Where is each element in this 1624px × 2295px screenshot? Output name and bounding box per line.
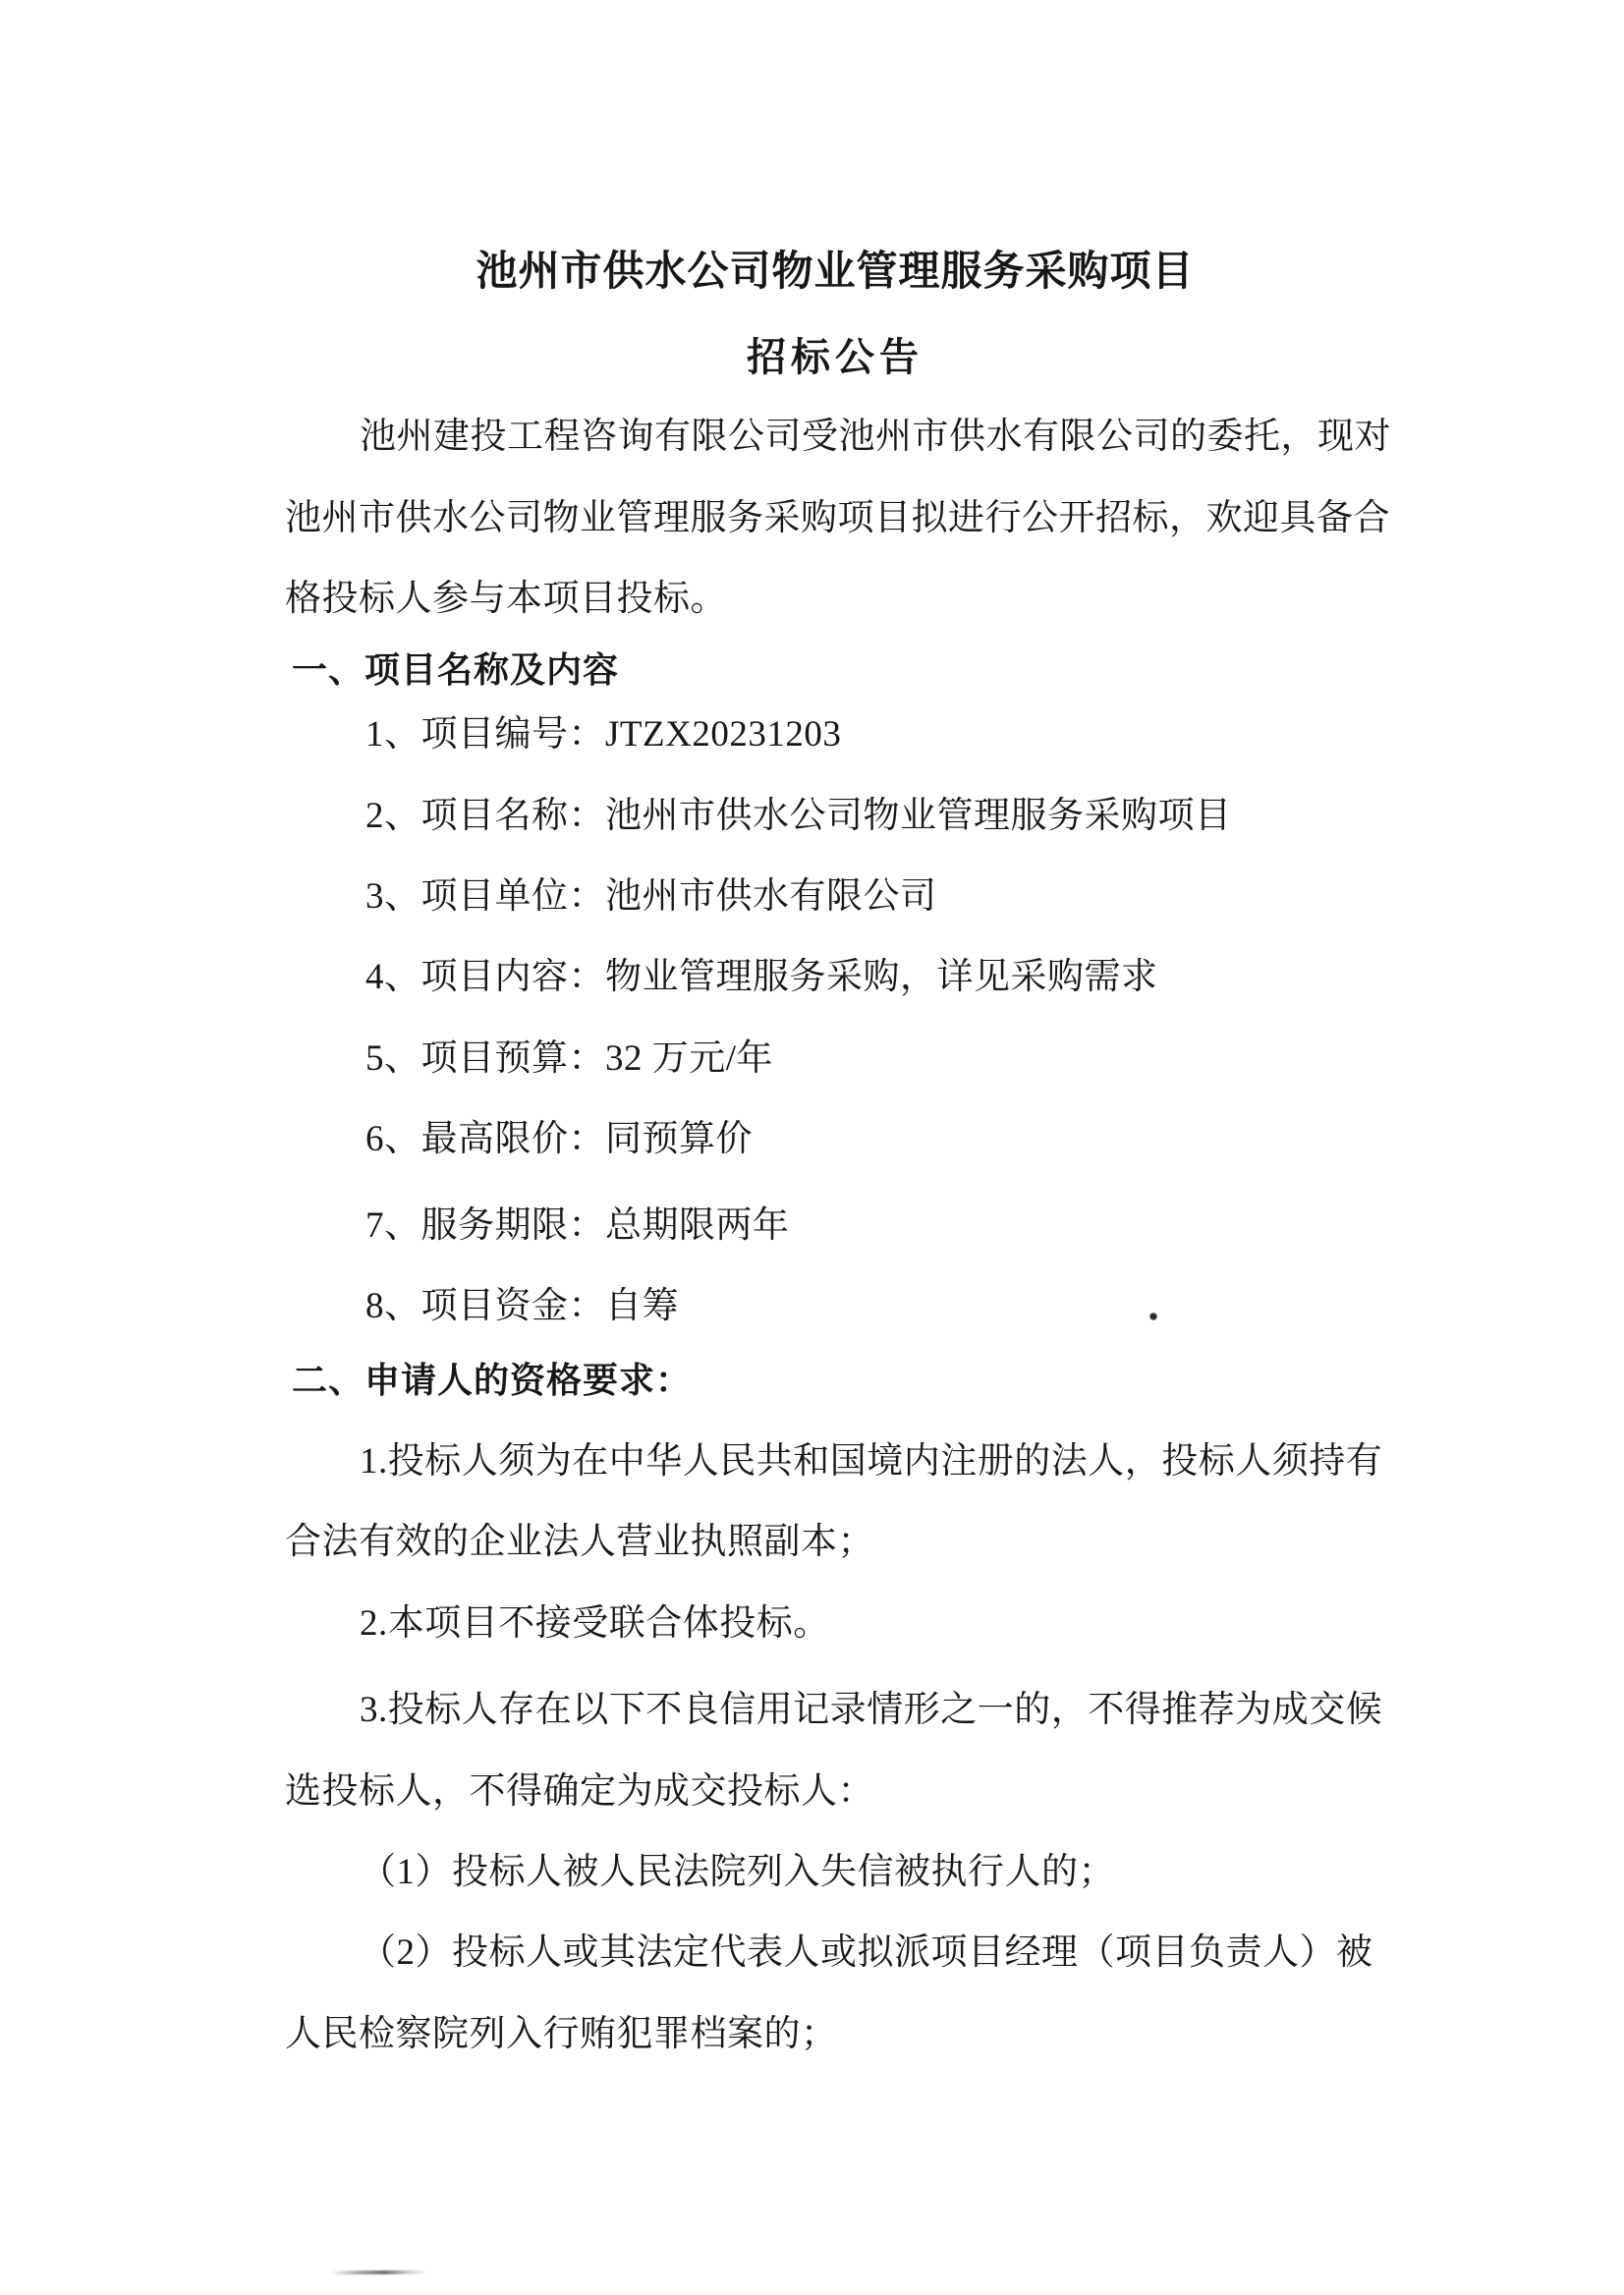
clause-1-line-1: 1.投标人须为在中华人民共和国境内注册的法人，投标人须持有 (360, 1441, 1382, 1482)
intro-line-1: 池州建投工程咨询有限公司受池州市供水有限公司的委托，现对 (360, 417, 1391, 457)
clause-2: 2.本项目不接受联合体投标。 (360, 1603, 830, 1644)
item-project-name: 2、项目名称：池州市供水公司物业管理服务采购项目 (365, 796, 1232, 836)
item-max-price: 6、最高限价：同预算价 (365, 1119, 753, 1159)
clause-3-line-2: 选投标人，不得确定为成交投标人： (285, 1771, 874, 1812)
item-project-unit-value: 池州市供水有限公司 (605, 876, 937, 917)
clause-3-sub-1: （1）投标人被人民法院列入失信被执行人的； (360, 1852, 1115, 1892)
intro-line-2: 池州市供水公司物业管理服务采购项目拟进行公开招标，欢迎具备合 (285, 498, 1390, 538)
scan-speck-artifact (1149, 1313, 1157, 1320)
item-project-funding-label: 8、项目资金： (365, 1286, 605, 1326)
page-title: 池州市供水公司物业管理服务采购项目 (285, 252, 1385, 293)
clause-3-sub-2-line-2: 人民检察院列入行贿犯罪档案的； (285, 2014, 838, 2054)
item-project-budget-label: 5、项目预算： (365, 1038, 605, 1079)
item-project-name-value: 池州市供水公司物业管理服务采购项目 (605, 796, 1232, 836)
item-project-budget-value: 32 万元/年 (605, 1038, 773, 1079)
scan-smudge-artifact (330, 2270, 428, 2275)
item-project-content-value: 物业管理服务采购，详见采购需求 (605, 957, 1158, 997)
item-project-code: 1、项目编号：JTZX20231203 (365, 714, 841, 755)
item-project-unit: 3、项目单位：池州市供水有限公司 (365, 876, 937, 917)
clause-3-line-1: 3.投标人存在以下不良信用记录情形之一的，不得推荐为成交候 (360, 1690, 1382, 1730)
intro-line-3: 格投标人参与本项目投标。 (285, 579, 727, 619)
page-subtitle: 招标公告 (285, 338, 1385, 377)
item-service-period-label: 7、服务期限： (365, 1205, 605, 1246)
item-project-funding-value: 自筹 (605, 1286, 679, 1326)
item-max-price-value: 同预算价 (605, 1119, 753, 1159)
clause-3-sub-2-line-1: （2）投标人或其法定代表人或拟派项目经理（项目负责人）被 (360, 1932, 1373, 1973)
document-page: 池州市供水公司物业管理服务采购项目 招标公告 池州建投工程咨询有限公司受池州市供… (0, 0, 1624, 2295)
item-project-name-label: 2、项目名称： (365, 796, 605, 836)
item-service-period: 7、服务期限：总期限两年 (365, 1205, 790, 1246)
item-project-unit-label: 3、项目单位： (365, 876, 605, 917)
item-project-budget: 5、项目预算：32 万元/年 (365, 1038, 773, 1079)
section-heading-project-info: 一、项目名称及内容 (292, 650, 619, 690)
item-project-funding: 8、项目资金：自筹 (365, 1286, 679, 1326)
item-project-code-value: JTZX20231203 (605, 714, 841, 755)
item-project-content-label: 4、项目内容： (365, 957, 605, 997)
section-heading-qualification: 二、申请人的资格要求： (292, 1361, 692, 1400)
item-project-content: 4、项目内容：物业管理服务采购，详见采购需求 (365, 957, 1158, 997)
item-project-code-label: 1、项目编号： (365, 714, 605, 755)
item-max-price-label: 6、最高限价： (365, 1119, 605, 1159)
clause-1-line-2: 合法有效的企业法人营业执照副本； (285, 1522, 874, 1562)
item-service-period-value: 总期限两年 (605, 1205, 790, 1246)
